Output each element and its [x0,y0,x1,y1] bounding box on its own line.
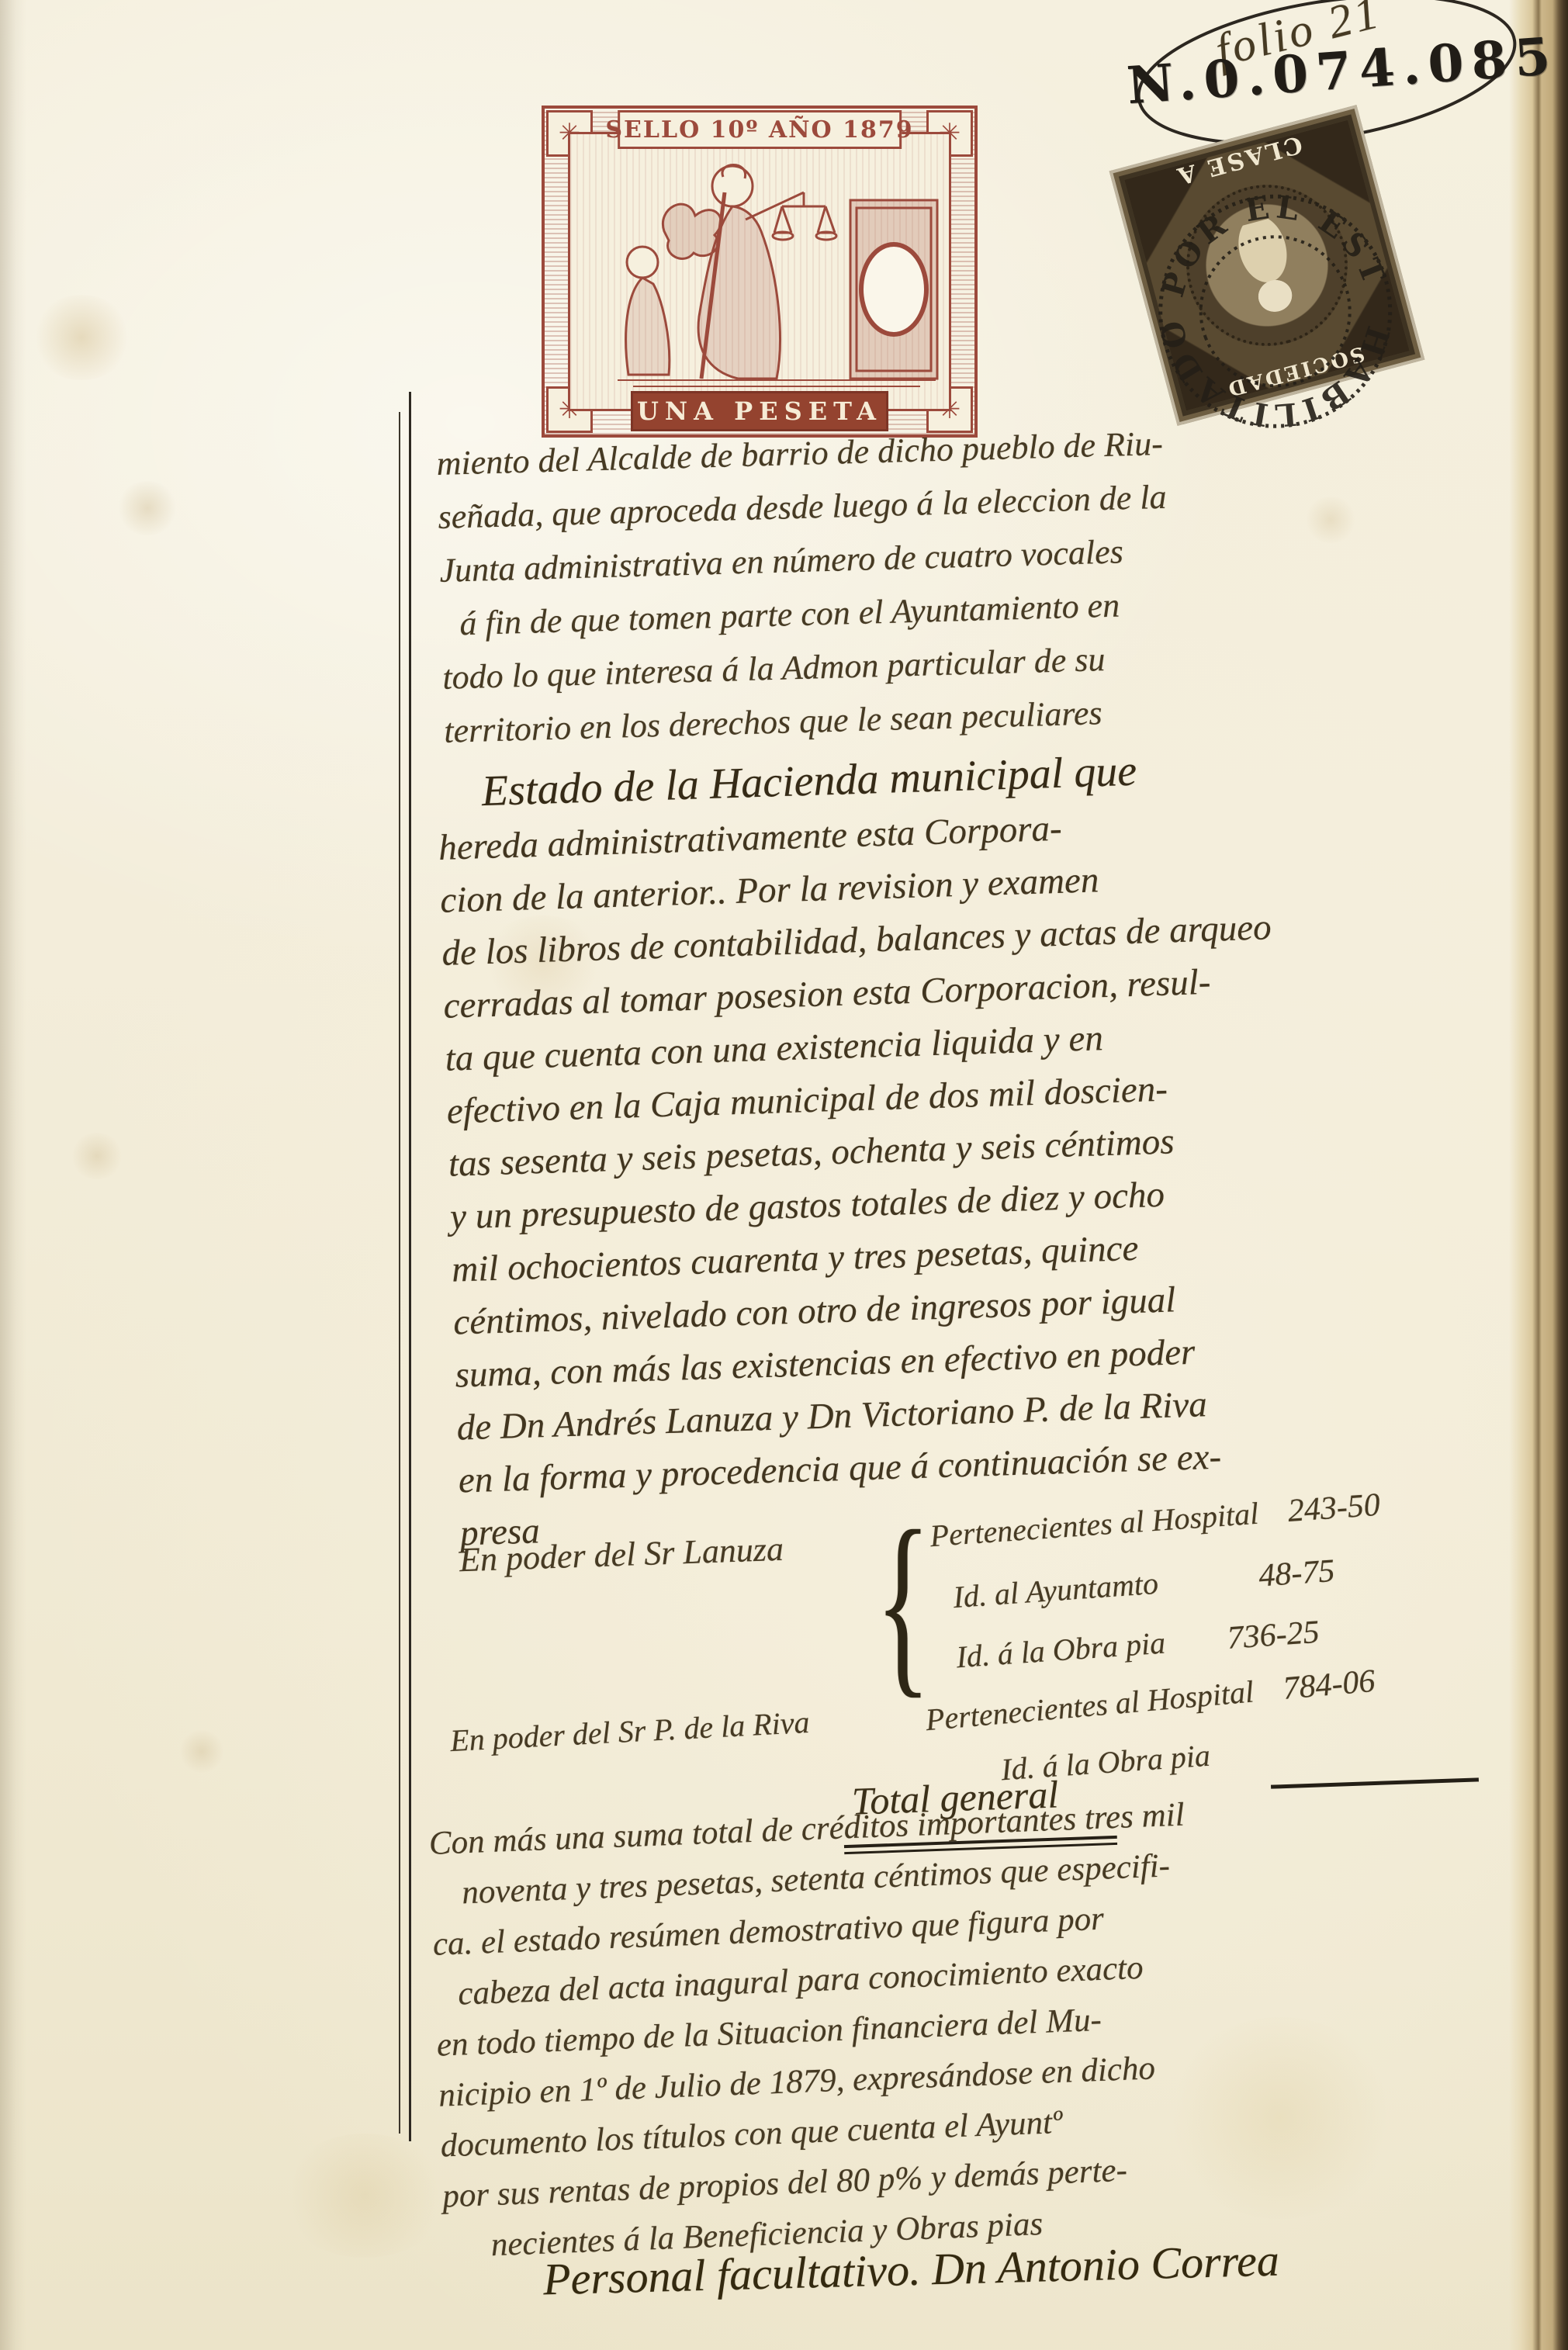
account-amount: 736-25 [1226,1614,1321,1657]
account-amount: 784-06 [1282,1663,1377,1708]
margin-rule [399,392,414,2134]
tax-stamp: SOCIEDAD CLASE A HABILITADO POR EL ESTAD… [1109,105,1425,426]
revenue-stamp-value: UNA PESETA [631,391,888,431]
riva-holder-label: En poder del Sr P. de la Riva [449,1704,810,1759]
tax-stamp-body: SOCIEDAD CLASE A [1109,105,1425,426]
account-amount: 48-75 [1258,1552,1336,1595]
stain [279,2134,450,2258]
account-item: Id. á la Obra pia 736-25 [955,1614,1321,1677]
paragraph-2: Estado de la Hacienda municipal que here… [436,734,1555,1566]
grouping-brace: { [875,1486,931,1719]
revenue-stamp-title: SELLO 10º AÑO 1879 [618,110,902,149]
revenue-stamp: ✳ ✳ ✳ ✳ SELLO 10º AÑO 1879 [542,106,978,438]
account-item: Pertenecientes al Hospital 784-06 [924,1663,1376,1739]
stain [116,481,178,535]
paragraph-1: miento del Alcalde de barrio de dicho pu… [436,414,1539,765]
manuscript-page: folio 21 N.0.074.085 ✳ ✳ ✳ ✳ SELLO 10º A… [0,0,1568,2350]
paper-left-edge [0,0,26,2350]
paragraph-3: Con más una suma total de créditos impor… [428,1783,1539,2279]
stain [178,1730,225,1773]
account-amount: 243-50 [1286,1486,1381,1530]
account-item: Id. al Ayuntamto 48-75 [952,1552,1336,1616]
stain [31,295,132,380]
justice-allegory-art [571,146,948,394]
stain [70,1133,124,1179]
